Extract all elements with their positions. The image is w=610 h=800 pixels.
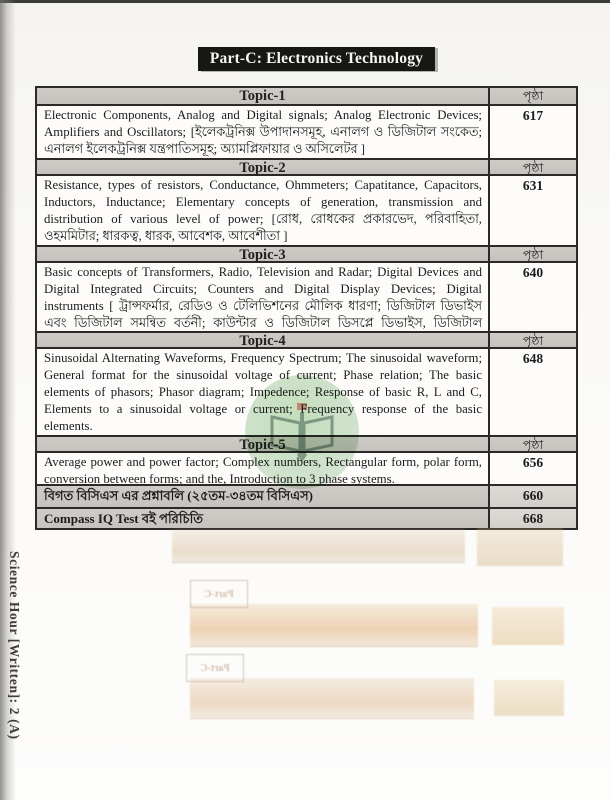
bleed-through-ghost-box: Part-C: [190, 580, 248, 608]
topic-description: Electronic Components, Analog and Digita…: [37, 106, 488, 158]
bleed-through-ghost: [494, 680, 564, 716]
part-title: Part-C: Electronics Technology: [198, 47, 435, 71]
topic-header-row: Topic-4 পৃষ্ঠা: [37, 331, 576, 349]
page-top-edge: [0, 0, 610, 3]
extra-row-page-number: 668: [488, 509, 576, 528]
extra-row-label: Compass IQ Test বই পরিচিতি: [37, 509, 488, 528]
page-column-header: পৃষ্ঠা: [488, 333, 576, 347]
bleed-through-ghost: [190, 604, 478, 647]
page-column-header: পৃষ্ঠা: [488, 247, 576, 261]
extra-rows-table: বিগত বিসিএস এর প্রশ্নাবলি (২৫তম-৩৪তম বিস…: [35, 484, 578, 530]
bleed-through-ghost: [172, 529, 465, 563]
page-column-header: পৃষ্ঠা: [488, 160, 576, 174]
topic-label: Topic-3: [37, 247, 488, 261]
extra-row-label: বিগত বিসিএস এর প্রশ্নাবলি (২৫তম-৩৪তম বিস…: [37, 486, 488, 507]
side-text: Science Hour [Written]: 2 (A): [2, 551, 22, 776]
extra-row: Compass IQ Test বই পরিচিতি 668: [37, 507, 576, 528]
topic-header-row: Topic-5 পৃষ্ঠা: [37, 435, 576, 453]
scanned-book-page: Part-C: Electronics Technology Topic-1 প…: [0, 0, 610, 800]
topic-description: Resistance, types of resistors, Conducta…: [37, 176, 488, 245]
topic-content-row: Resistance, types of resistors, Conducta…: [37, 176, 576, 245]
topic-page-number: 648: [488, 349, 576, 435]
toc-table: Topic-1 পৃষ্ঠা Electronic Components, An…: [35, 86, 578, 492]
topic-label: Topic-2: [37, 160, 488, 174]
topic-page-number: 631: [488, 176, 576, 245]
topic-description: Basic concepts of Transformers, Radio, T…: [37, 263, 488, 331]
topic-label: Topic-4: [37, 333, 488, 347]
topic-label: Topic-1: [37, 88, 488, 104]
bleed-through-ghost-box: Part-C: [186, 654, 244, 682]
bleed-through-ghost: [492, 607, 564, 645]
bleed-through-ghost: [190, 678, 474, 719]
page-column-header: পৃষ্ঠা: [488, 437, 576, 451]
topic-page-number: 640: [488, 263, 576, 331]
topic-header-row: Topic-3 পৃষ্ঠা: [37, 245, 576, 263]
extra-row-page-number: 660: [488, 486, 576, 507]
topic-description: Sinusoidal Alternating Waveforms, Freque…: [37, 349, 488, 435]
page-column-header: পৃষ্ঠা: [488, 88, 576, 104]
extra-row: বিগত বিসিএস এর প্রশ্নাবলি (২৫তম-৩৪তম বিস…: [37, 486, 576, 507]
bleed-through-ghost: [477, 528, 563, 566]
topic-label: Topic-5: [37, 437, 488, 451]
topic-header-row: Topic-1 পৃষ্ঠা: [37, 88, 576, 106]
topic-page-number: 617: [488, 106, 576, 158]
topic-content-row: Basic concepts of Transformers, Radio, T…: [37, 263, 576, 331]
topic-header-row: Topic-2 পৃষ্ঠা: [37, 158, 576, 176]
topic-content-row: Sinusoidal Alternating Waveforms, Freque…: [37, 349, 576, 435]
topic-content-row: Electronic Components, Analog and Digita…: [37, 106, 576, 158]
